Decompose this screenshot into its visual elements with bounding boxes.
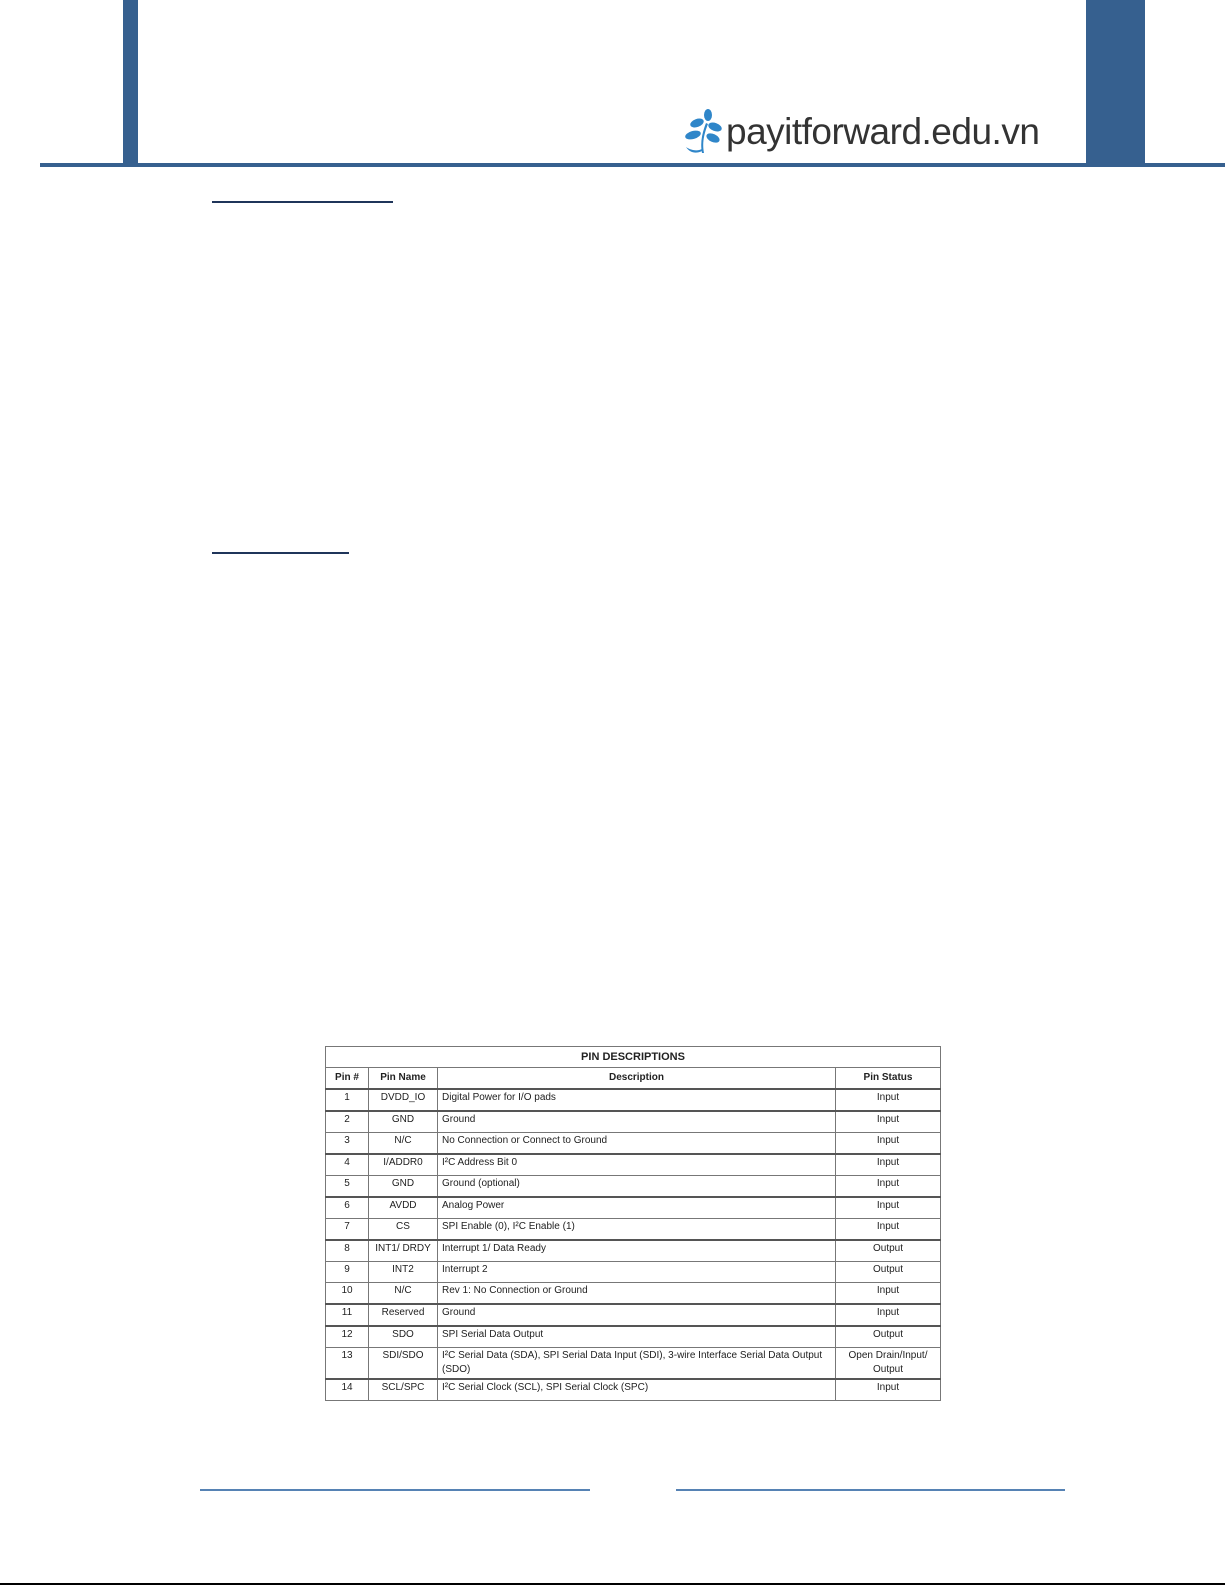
pin-number-cell: 3: [326, 1133, 369, 1155]
description-cell: SPI Enable (0), I²C Enable (1): [438, 1219, 836, 1241]
table-row: 2GNDGroundInput: [326, 1111, 941, 1133]
description-cell: Ground (optional): [438, 1176, 836, 1198]
pin-number-cell: 12: [326, 1326, 369, 1348]
header-accent-bar-left: [123, 0, 138, 166]
description-cell: SPI Serial Data Output: [438, 1326, 836, 1348]
table-row: 6AVDDAnalog PowerInput: [326, 1197, 941, 1219]
pin-status-cell: Input: [836, 1283, 941, 1305]
section-heading-rule-2: [212, 552, 349, 554]
description-cell: Interrupt 2: [438, 1262, 836, 1283]
description-cell: Interrupt 1/ Data Ready: [438, 1240, 836, 1262]
pin-name-cell: DVDD_IO: [369, 1089, 438, 1111]
pin-number-cell: 4: [326, 1154, 369, 1176]
pin-status-cell: Open Drain/Input/ Output: [836, 1348, 941, 1380]
section-heading-rule-1: [212, 201, 393, 203]
logo-text: payitforward.edu.vn: [726, 111, 1039, 153]
description-cell: Ground: [438, 1304, 836, 1326]
description-cell: Rev 1: No Connection or Ground: [438, 1283, 836, 1305]
table-row: 4I/ADDR0I²C Address Bit 0Input: [326, 1154, 941, 1176]
pin-name-cell: GND: [369, 1111, 438, 1133]
footer-rule-right: [676, 1489, 1065, 1491]
pin-name-cell: I/ADDR0: [369, 1154, 438, 1176]
table-row: 3N/CNo Connection or Connect to GroundIn…: [326, 1133, 941, 1155]
pin-number-cell: 10: [326, 1283, 369, 1305]
description-cell: I²C Serial Clock (SCL), SPI Serial Clock…: [438, 1379, 836, 1401]
col-header-pin-status: Pin Status: [836, 1068, 941, 1090]
pin-status-cell: Input: [836, 1111, 941, 1133]
pin-name-cell: AVDD: [369, 1197, 438, 1219]
pin-number-cell: 6: [326, 1197, 369, 1219]
col-header-pin-name: Pin Name: [369, 1068, 438, 1090]
table-row: 13SDI/SDOI²C Serial Data (SDA), SPI Seri…: [326, 1348, 941, 1380]
pin-status-cell: Input: [836, 1176, 941, 1198]
table-row: 1DVDD_IODigital Power for I/O padsInput: [326, 1089, 941, 1111]
pin-status-cell: Input: [836, 1154, 941, 1176]
pin-descriptions-table: PIN DESCRIPTIONS Pin # Pin Name Descript…: [325, 1046, 941, 1401]
pin-name-cell: SDI/SDO: [369, 1348, 438, 1380]
pin-name-cell: CS: [369, 1219, 438, 1241]
pin-name-cell: INT2: [369, 1262, 438, 1283]
footer-rule-left: [200, 1489, 590, 1491]
pin-status-cell: Output: [836, 1262, 941, 1283]
pin-number-cell: 13: [326, 1348, 369, 1380]
table-title: PIN DESCRIPTIONS: [326, 1047, 941, 1068]
leaf-sprig-icon: [680, 107, 724, 157]
header-accent-bar-right: [1086, 0, 1145, 166]
pin-name-cell: GND: [369, 1176, 438, 1198]
description-cell: Digital Power for I/O pads: [438, 1089, 836, 1111]
table-row: 11ReservedGroundInput: [326, 1304, 941, 1326]
table-row: 14SCL/SPCI²C Serial Clock (SCL), SPI Ser…: [326, 1379, 941, 1401]
pin-number-cell: 5: [326, 1176, 369, 1198]
table-row: 7CSSPI Enable (0), I²C Enable (1)Input: [326, 1219, 941, 1241]
table-row: 9INT2Interrupt 2Output: [326, 1262, 941, 1283]
pin-status-cell: Input: [836, 1197, 941, 1219]
pin-number-cell: 1: [326, 1089, 369, 1111]
pin-number-cell: 7: [326, 1219, 369, 1241]
pin-status-cell: Input: [836, 1089, 941, 1111]
description-cell: Analog Power: [438, 1197, 836, 1219]
description-cell: Ground: [438, 1111, 836, 1133]
table-body: 1DVDD_IODigital Power for I/O padsInput2…: [326, 1089, 941, 1401]
col-header-description: Description: [438, 1068, 836, 1090]
description-cell: I²C Serial Data (SDA), SPI Serial Data I…: [438, 1348, 836, 1380]
pin-name-cell: SCL/SPC: [369, 1379, 438, 1401]
pin-name-cell: SDO: [369, 1326, 438, 1348]
pin-number-cell: 14: [326, 1379, 369, 1401]
pin-status-cell: Input: [836, 1304, 941, 1326]
table-row: 12SDOSPI Serial Data OutputOutput: [326, 1326, 941, 1348]
pin-number-cell: 11: [326, 1304, 369, 1326]
pin-number-cell: 2: [326, 1111, 369, 1133]
header-rule: [40, 163, 1225, 167]
pin-status-cell: Input: [836, 1133, 941, 1155]
pin-name-cell: N/C: [369, 1283, 438, 1305]
table-row: 8INT1/ DRDYInterrupt 1/ Data ReadyOutput: [326, 1240, 941, 1262]
pin-name-cell: INT1/ DRDY: [369, 1240, 438, 1262]
description-cell: I²C Address Bit 0: [438, 1154, 836, 1176]
col-header-pin-number: Pin #: [326, 1068, 369, 1090]
pin-number-cell: 8: [326, 1240, 369, 1262]
table-row: 10N/CRev 1: No Connection or GroundInput: [326, 1283, 941, 1305]
pin-status-cell: Output: [836, 1240, 941, 1262]
pin-number-cell: 9: [326, 1262, 369, 1283]
pin-name-cell: Reserved: [369, 1304, 438, 1326]
site-logo: payitforward.edu.vn: [680, 104, 1080, 160]
pin-status-cell: Input: [836, 1219, 941, 1241]
pin-name-cell: N/C: [369, 1133, 438, 1155]
description-cell: No Connection or Connect to Ground: [438, 1133, 836, 1155]
pin-status-cell: Input: [836, 1379, 941, 1401]
pin-status-cell: Output: [836, 1326, 941, 1348]
table-row: 5GNDGround (optional)Input: [326, 1176, 941, 1198]
